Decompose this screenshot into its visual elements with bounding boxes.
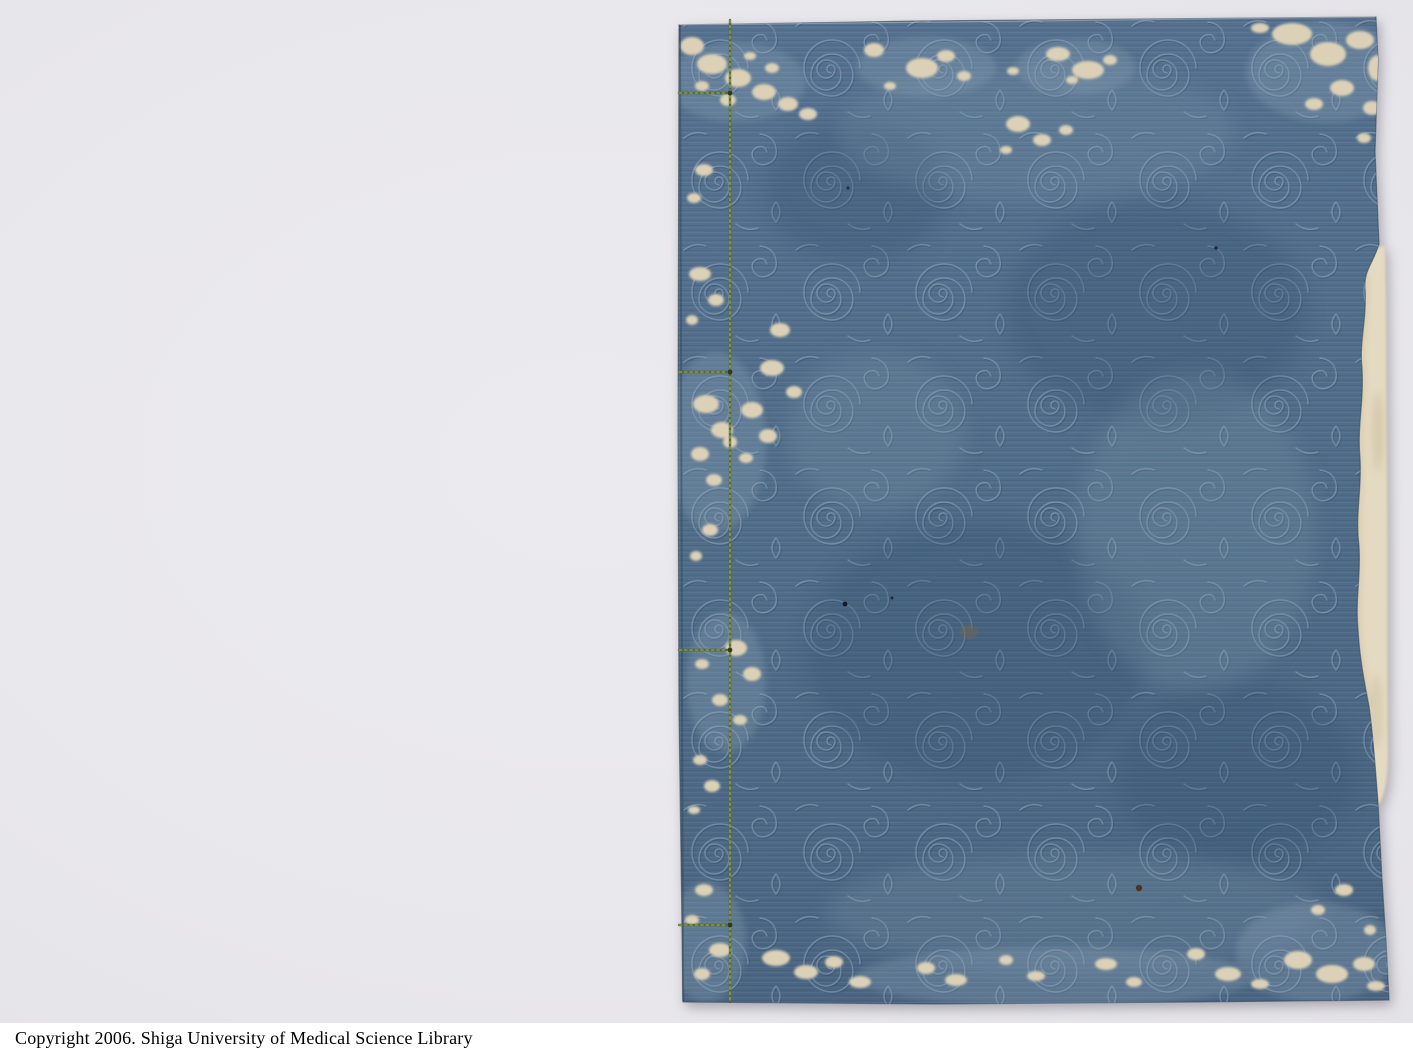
footer-bar: Copyright 2006. Shiga University of Medi…: [0, 1023, 1413, 1054]
photo-backdrop: [0, 0, 1413, 1023]
book-cover-art: [676, 12, 1394, 1008]
book: [676, 12, 1394, 1008]
page: Copyright 2006. Shiga University of Medi…: [0, 0, 1413, 1054]
copyright-text: Copyright 2006. Shiga University of Medi…: [15, 1023, 473, 1054]
cover-board: [676, 12, 1394, 1008]
